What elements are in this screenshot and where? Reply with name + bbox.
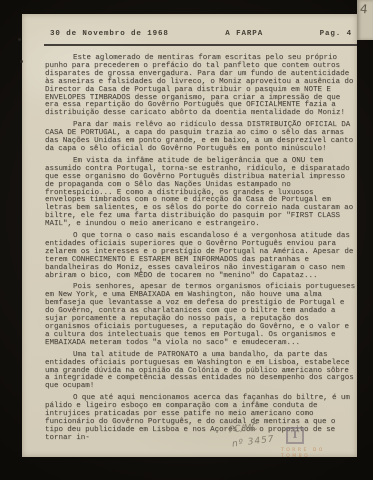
- stamp-text-line2: TOMBO: [281, 454, 321, 460]
- stamp-emblem-icon: T: [286, 427, 304, 444]
- archive-stamp: T TORRE DO TOMBO: [281, 427, 321, 460]
- handwritten-page-number: 4: [359, 2, 368, 17]
- paragraph-5: Pois senhores, apesar de termos organism…: [45, 284, 356, 347]
- page-header: 30 de Novembro de 1968 A FARPA Pag. 4: [22, 14, 357, 39]
- paragraph-4: O que torna o caso mais escandaloso é a …: [45, 233, 356, 280]
- document-body: Este aglomerado de mentiras foram escrit…: [22, 46, 357, 443]
- document-page: 30 de Novembro de 1968 A FARPA Pag. 4 Es…: [22, 14, 357, 457]
- paragraph-2: Para dar mais relêvo ao ridículo dessa D…: [45, 122, 356, 154]
- paper-edge-speck: [20, 60, 23, 63]
- paragraph-6: Uma tal atitude de PATRONATO a uma banda…: [45, 352, 356, 392]
- page-number-label: Pag. 4: [320, 30, 352, 39]
- header-date: 30 de Novembro de 1968: [50, 30, 169, 39]
- underlying-page-corner: 4: [357, 0, 373, 40]
- publication-title: A FARPA: [225, 30, 263, 39]
- paper-edge-speck: [18, 38, 21, 41]
- paragraph-1: Este aglomerado de mentiras foram escrit…: [45, 55, 356, 118]
- paragraph-3: Em vista da infâme atitude de beligerânc…: [45, 158, 356, 229]
- stamp-text: TORRE DO TOMBO: [281, 448, 321, 460]
